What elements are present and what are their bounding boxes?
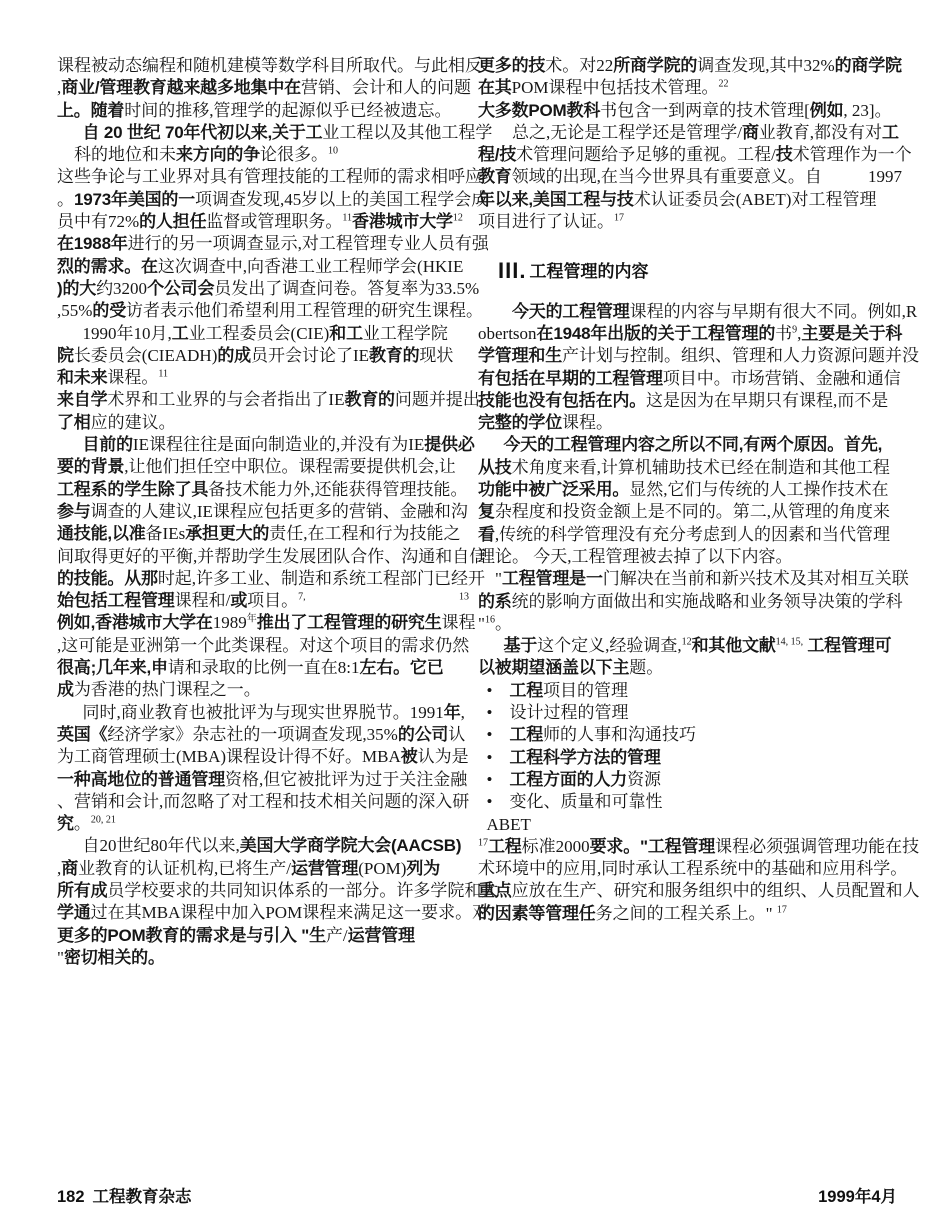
text-line: 基于这个定义,经验调查,12和其他文献14, 15, 工程管理可: [478, 635, 902, 657]
text-line: 更多的技术。对22所商学院的调查发现,其中32%的商学院: [478, 55, 902, 77]
text-line: • 工程方面的人力资源: [478, 769, 902, 791]
text-line: 所有成员学校要求的共同知识体系的一部分。许多学院和大: [57, 880, 469, 902]
text-line: 重点应放在生产、研究和服务组织中的组织、人员配置和人: [478, 880, 902, 902]
text-line: 和未来课程。11: [57, 367, 469, 389]
right-column-body: 今天的工程管理课程的内容与早期有很大不同。例如,Robertson在1948年出…: [478, 301, 902, 925]
page-number: 182: [57, 1188, 85, 1206]
text-line: 。1973年美国的一项调查发现,45岁以上的美国工程学会成: [57, 189, 469, 211]
text-line: 上。随着时间的推移,管理学的起源似乎已经被遗忘。: [57, 100, 469, 122]
text-line: 同时,商业教育也被批评为与现实世界脱节。1991年,: [57, 702, 469, 724]
text-line: 项目进行了认证。17: [478, 211, 902, 233]
text-line: 在1988年进行的另一项调查显示,对工程管理专业人员有强: [57, 233, 469, 255]
text-line: • 工程师的人事和沟通技巧: [478, 724, 902, 746]
text-line: 目前的IE课程往往是面向制造业的,并没有为IE提供必: [57, 434, 469, 456]
text-line: 英国《经济学家》杂志社的一项调查发现,35%的公司认: [57, 724, 469, 746]
text-line: • 工程项目的管理: [478, 680, 902, 702]
text-line: 科的地位和未来方向的争论很多。10: [57, 144, 469, 166]
text-line: 参与调查的人建议,IE课程应包括更多的营销、金融和沟: [57, 501, 469, 523]
text-line: 院长委员会(CIEADH)的成员开会讨论了IE教育的现状: [57, 345, 469, 367]
text-line: 的系统的影响方面做出和实施战略和业务领导决策的学科: [478, 591, 902, 613]
two-column-layout: 课程被动态编程和随机建模等数学科目所取代。与此相反,商业/管理教育越来越多地集中…: [57, 55, 902, 969]
text-line: • 设计过程的管理: [478, 702, 902, 724]
footer-left: 182工程教育杂志: [57, 1183, 192, 1207]
text-line: 从技术角度来看,计算机辅助技术已经在制造和其他工程: [478, 457, 902, 479]
text-line: 程/技术管理问题给予足够的重视。工程/技术管理作为一个: [478, 144, 902, 166]
text-line: 工程系的学生除了具备技术能力外,还能获得管理技能。: [57, 479, 469, 501]
text-line: 、营销和会计,而忽略了对工程和技术相关问题的深入研: [57, 791, 469, 813]
text-line: • 工程科学方法的管理: [478, 747, 902, 769]
text-line: 完整的学位课程。: [478, 412, 902, 434]
journal-title: 工程教育杂志: [93, 1188, 192, 1206]
text-line: 总之,无论是工程学还是管理学/商业教育,都没有对工: [478, 122, 902, 144]
text-line: 有包括在早期的工程管理项目中。市场营销、金融和通信: [478, 368, 902, 390]
text-line: "16。: [478, 613, 902, 635]
text-line: )的大约3200个公司会员发出了调查问卷。答复率为33.5%: [57, 278, 469, 300]
section-numeral: III.: [498, 258, 526, 283]
text-line: 今天的工程管理内容之所以不同,有两个原因。首先,: [478, 434, 902, 456]
text-line: 的技能。从那时起,许多工业、制造和系统工程部门已经开: [57, 568, 469, 590]
right-column-intro: 更多的技术。对22所商学院的调查发现,其中32%的商学院在其POM课程中包括技术…: [478, 55, 902, 233]
text-line: 要的背景,让他们担任空中职位。课程需要提供机会,让: [57, 456, 469, 478]
text-line: 今天的工程管理课程的内容与早期有很大不同。例如,R: [478, 301, 902, 323]
text-line: 年以来,美国工程与技术认证委员会(ABET)对工程管理: [478, 189, 902, 211]
text-line: 看,传统的科学管理没有充分考虑到人的因素和当代管理: [478, 524, 902, 546]
text-line: 的因素等管理任务之间的工程关系上。" 17: [478, 903, 902, 925]
text-line: ,这可能是亚洲第一个此类课程。对这个项目的需求仍然: [57, 635, 469, 657]
text-line: 在其POM课程中包括技术管理。22: [478, 77, 902, 99]
text-line: 来自学术界和工业界的与会者指出了IE教育的问题并提出: [57, 389, 469, 411]
text-line: "工程管理是一门解决在当前和新兴技术及其对相互关联: [478, 568, 902, 590]
right-text-column: 更多的技术。对22所商学院的调查发现,其中32%的商学院在其POM课程中包括技术…: [478, 55, 902, 969]
text-line: 术环境中的应用,同时承认工程系统中的基础和应用科学。: [478, 858, 902, 880]
text-line: 1990年10月,工业工程委员会(CIE)和工业工程学院: [57, 323, 469, 345]
text-line: ,商业/管理教育越来越多地集中在营销、会计和人的问题: [57, 77, 469, 99]
text-line: • 变化、质量和可靠性: [478, 791, 902, 813]
text-line: 以被期望涵盖以下主题。: [478, 657, 902, 679]
text-line: 很高;几年来,申请和录取的比例一直在8:1左右。它已: [57, 657, 469, 679]
section-title: 工程管理的内容: [529, 262, 648, 281]
text-line: 员中有72%的人担任监督或管理职务。11香港城市大学12: [57, 211, 469, 233]
text-line: ,55%的受访者表示他们希望利用工程管理的研究生课程。: [57, 300, 469, 322]
text-line: 技能也没有包括在内。这是因为在早期只有课程,而不是: [478, 390, 902, 412]
text-line: 这些争论与工业界对具有管理技能的工程师的需求相呼应: [57, 166, 469, 188]
text-line: 烈的需求。在这次调查中,向香港工业工程师学会(HKIE: [57, 256, 469, 278]
text-line: 间取得更好的平衡,并帮助学生发展团队合作、沟通和自信: [57, 546, 469, 568]
text-line: ,商业教育的认证机构,已将生产/运营管理(POM)列为: [57, 858, 469, 880]
section-heading: III.工程管理的内容: [498, 260, 902, 283]
text-line: 自 20 世纪 70年代初以来,关于工业工程以及其他工程学: [57, 122, 469, 144]
text-line: 更多的POM教育的需求是与引入 "生产/运营管理: [57, 925, 469, 947]
text-line: 学通过在其MBA课程中加入POM课程来满足这一要求。对: [57, 902, 469, 924]
text-line: 究。20, 21: [57, 813, 469, 835]
text-line: 了相应的建议。: [57, 412, 469, 434]
page-footer: 182工程教育杂志 1999年4月: [57, 1183, 897, 1207]
line-right-fragment: 1997: [868, 166, 902, 188]
text-line: 始包括工程管理课程和/或项目。7,13: [57, 590, 469, 612]
text-line: 理论。 今天,工程管理被去掉了以下内容。: [478, 546, 902, 568]
text-line: "密切相关的。: [57, 947, 469, 969]
line-right-fragment: 13: [459, 590, 469, 612]
text-line: 为工商管理硕士(MBA)课程设计得不好。MBA被认为是: [57, 746, 469, 768]
text-line: 例如,香港城市大学在1989年推出了工程管理的研究生课程: [57, 612, 469, 634]
text-line: 成为香港的热门课程之一。: [57, 679, 469, 701]
text-line: 一种高地位的普通管理资格,但它被批评为过于关注金融: [57, 769, 469, 791]
text-line: 学管理和生产计划与控制。组织、管理和人力资源问题并没: [478, 345, 902, 367]
text-line: 教育领域的出现,在当今世界具有重要意义。自1997: [478, 166, 902, 188]
text-line: 大多数POM教科书包含一到两章的技术管理[例如, 23]。: [478, 100, 902, 122]
text-line: 复杂程度和投资金额上是不同的。第二,从管理的角度来: [478, 501, 902, 523]
text-line: obertson在1948年出版的关于工程管理的书9,主要是关于科: [478, 323, 902, 345]
text-line: 通技能,以准备IEs承担更大的责任,在工程和行为技能之: [57, 523, 469, 545]
text-line: 自20世纪80年代以来,美国大学商学院大会(AACSB): [57, 835, 469, 857]
issue-date: 1999年4月: [818, 1183, 897, 1207]
document-page: 课程被动态编程和随机建模等数学科目所取代。与此相反,商业/管理教育越来越多地集中…: [0, 0, 952, 1232]
text-line: 课程被动态编程和随机建模等数学科目所取代。与此相反: [57, 55, 469, 77]
left-text-column: 课程被动态编程和随机建模等数学科目所取代。与此相反,商业/管理教育越来越多地集中…: [57, 55, 469, 969]
text-line: 功能中被广泛采用。显然,它们与传统的人工操作技术在: [478, 479, 902, 501]
text-line: 17工程标准2000要求。"工程管理课程必须强调管理功能在技: [478, 836, 902, 858]
text-line: ABET: [478, 814, 902, 836]
